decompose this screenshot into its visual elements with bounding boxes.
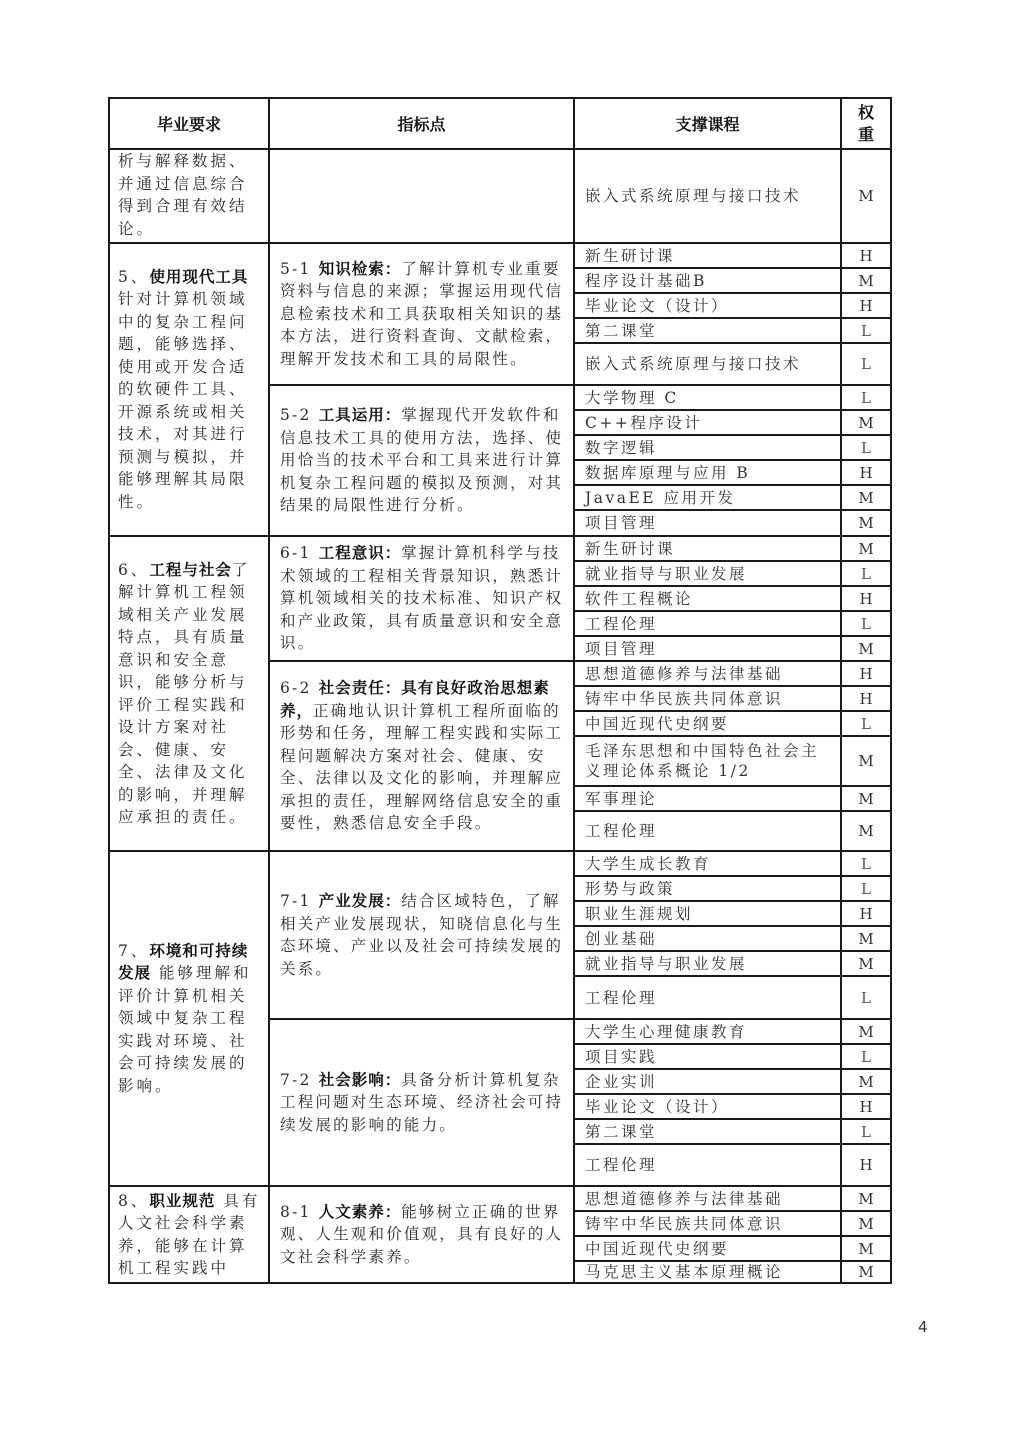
weight-badge: H — [841, 661, 891, 686]
course-name: 中国近现代史纲要 — [574, 1236, 841, 1261]
course-name: 毛泽东思想和中国特色社会主义理论体系概论 1/2 — [574, 736, 841, 786]
course-name: 数字逻辑 — [574, 435, 841, 460]
weight-badge: H — [841, 460, 891, 485]
weight-badge: M — [841, 951, 891, 976]
indicator-title: 人文素养： — [319, 1202, 402, 1221]
course-name: 新生研讨课 — [574, 243, 841, 268]
table-row: 析与解释数据、并通过信息综合得到合理有效结论。 嵌入式系统原理与接口技术M — [109, 149, 891, 243]
document-page: 毕业要求 指标点 支撑课程 权 重 析与解释数据、并通过信息综合得到合理有效结论… — [0, 0, 1024, 1448]
weight-badge: M — [841, 1261, 891, 1283]
weight-badge: L — [841, 611, 891, 636]
course-name: 中国近现代史纲要 — [574, 711, 841, 736]
course-name: 大学生成长教育 — [574, 851, 841, 876]
course-name: 职业生涯规划 — [574, 901, 841, 926]
indicator-code: 5-2 — [280, 406, 312, 424]
course-name: 思想道德修养与法律基础 — [574, 661, 841, 686]
weight-badge: H — [841, 586, 891, 611]
header-course: 支撑课程 — [574, 98, 841, 149]
indicator-cell: 8-1 人文素养：能够树立正确的世界观、人生观和价值观，具有良好的人文社会科学素… — [269, 1186, 574, 1283]
course-name: 程序设计基础B — [574, 268, 841, 293]
weight-badge: M — [841, 268, 891, 293]
requirement-prefix: 5、 — [118, 268, 149, 286]
weight-badge: M — [841, 536, 891, 561]
requirement-body: 析与解释数据、并通过信息综合得到合理有效结论。 — [118, 152, 248, 238]
weight-badge: M — [841, 510, 891, 536]
requirement-title: 工程与社会 — [149, 560, 232, 579]
weight-badge: H — [841, 1094, 891, 1119]
requirement-cell: 8、职业规范 具有人文社会科学素养，能够在计算机工程实践中 — [109, 1186, 269, 1283]
table-header-row: 毕业要求 指标点 支撑课程 权 重 — [109, 98, 891, 149]
requirement-prefix: 7、 — [118, 942, 149, 960]
course-name: 大学生心理健康教育 — [574, 1019, 841, 1044]
indicator-cell: 6-1 工程意识：掌握计算机科学与技术领域的工程相关背景知识，熟悉计算机领域相关… — [269, 536, 574, 661]
course-name: 思想道德修养与法律基础 — [574, 1186, 841, 1211]
weight-badge: L — [841, 1119, 891, 1144]
indicator-title: 产业发展： — [319, 891, 402, 910]
table-body: 析与解释数据、并通过信息综合得到合理有效结论。 嵌入式系统原理与接口技术M5、使… — [109, 149, 891, 1283]
requirement-title: 使用现代工具 — [149, 267, 248, 286]
weight-badge: L — [841, 711, 891, 736]
weight-badge: L — [841, 435, 891, 460]
requirement-body: 针对计算机领域中的复杂工程问题，能够选择、使用或开发合适的软硬件工具、开源系统或… — [118, 290, 248, 511]
course-name: 大学物理 C — [574, 385, 841, 410]
course-name: 新生研讨课 — [574, 536, 841, 561]
requirement-cell: 7、环境和可持续发展 能够理解和评价计算机相关领域中复杂工程实践对环境、社会可持… — [109, 851, 269, 1186]
course-name: 工程伦理 — [574, 1144, 841, 1186]
page-number: 4 — [918, 1318, 928, 1336]
requirement-cell: 6、工程与社会了解计算机工程领域相关产业发展特点，具有质量意识和安全意识，能够分… — [109, 536, 269, 851]
weight-badge: M — [841, 1211, 891, 1236]
course-name: 形势与政策 — [574, 876, 841, 901]
weight-badge: L — [841, 385, 891, 410]
indicator-title: 工具运用： — [319, 405, 402, 424]
requirement-body: 能够理解和评价计算机相关领域中复杂工程实践对环境、社会可持续发展的影响。 — [118, 964, 251, 1095]
weight-badge: M — [841, 149, 891, 243]
weight-badge: M — [841, 1186, 891, 1211]
indicator-cell: 5-1 知识检索：了解计算机专业重要资料与信息的来源；掌握运用现代信息检索技术和… — [269, 243, 574, 385]
indicator-cell: 6-2 社会责任：具有良好政治思想素养，正确地认识计算机工程所面临的形势和任务，… — [269, 661, 574, 851]
course-name: 第二课堂 — [574, 318, 841, 343]
course-name: 毕业论文（设计） — [574, 293, 841, 318]
table-row: 6、工程与社会了解计算机工程领域相关产业发展特点，具有质量意识和安全意识，能够分… — [109, 536, 891, 561]
header-indicator: 指标点 — [269, 98, 574, 149]
indicator-cell — [269, 149, 574, 243]
weight-badge: L — [841, 1044, 891, 1069]
indicator-title: 工程意识： — [319, 543, 402, 562]
course-name: 军事理论 — [574, 786, 841, 811]
header-weight: 权 重 — [841, 98, 891, 149]
indicator-cell: 5-2 工具运用：掌握现代开发软件和信息技术工具的使用方法，选择、使用恰当的技术… — [269, 385, 574, 536]
indicator-code: 8-1 — [280, 1203, 312, 1221]
indicator-cell: 7-2 社会影响：具备分析计算机复杂工程问题对生态环境、经济社会可持续发展的影响… — [269, 1019, 574, 1186]
course-name: JavaEE 应用开发 — [574, 485, 841, 510]
course-name: 就业指导与职业发展 — [574, 951, 841, 976]
course-name: 工程伦理 — [574, 611, 841, 636]
course-name: 马克思主义基本原理概论 — [574, 1261, 841, 1283]
course-name: 铸牢中华民族共同体意识 — [574, 1211, 841, 1236]
weight-badge: M — [841, 736, 891, 786]
course-name: 毕业论文（设计） — [574, 1094, 841, 1119]
course-name: 企业实训 — [574, 1069, 841, 1094]
table-row: 5、使用现代工具针对计算机领域中的复杂工程问题，能够选择、使用或开发合适的软硬件… — [109, 243, 891, 268]
weight-badge: M — [841, 926, 891, 951]
indicator-title: 社会影响： — [319, 1070, 402, 1089]
indicator-title: 知识检索： — [319, 259, 402, 278]
course-name: 软件工程概论 — [574, 586, 841, 611]
course-name: 数据库原理与应用 B — [574, 460, 841, 485]
course-name: 第二课堂 — [574, 1119, 841, 1144]
course-name: 工程伦理 — [574, 811, 841, 851]
weight-badge: H — [841, 243, 891, 268]
header-requirement: 毕业要求 — [109, 98, 269, 149]
weight-badge: M — [841, 485, 891, 510]
weight-badge: H — [841, 686, 891, 711]
weight-badge: L — [841, 851, 891, 876]
course-name: 项目实践 — [574, 1044, 841, 1069]
weight-badge: M — [841, 1069, 891, 1094]
weight-badge: L — [841, 561, 891, 586]
course-name: 创业基础 — [574, 926, 841, 951]
indicator-code: 6-2 — [280, 679, 312, 697]
requirement-cell: 析与解释数据、并通过信息综合得到合理有效结论。 — [109, 149, 269, 243]
weight-badge: L — [841, 318, 891, 343]
weight-badge: H — [841, 1144, 891, 1186]
indicator-code: 6-1 — [280, 544, 312, 562]
indicator-code: 7-2 — [280, 1071, 312, 1089]
course-name: 项目管理 — [574, 510, 841, 536]
weight-badge: M — [841, 1236, 891, 1261]
weight-badge: H — [841, 901, 891, 926]
requirement-prefix: 8、 — [118, 1192, 149, 1210]
table-row: 8、职业规范 具有人文社会科学素养，能够在计算机工程实践中8-1 人文素养：能够… — [109, 1186, 891, 1211]
weight-badge: H — [841, 293, 891, 318]
graduation-requirements-matrix: 毕业要求 指标点 支撑课程 权 重 析与解释数据、并通过信息综合得到合理有效结论… — [108, 97, 892, 1284]
weight-badge: L — [841, 976, 891, 1019]
course-name: 就业指导与职业发展 — [574, 561, 841, 586]
weight-badge: M — [841, 1019, 891, 1044]
requirement-body: 了解计算机工程领域相关产业发展特点，具有质量意识和安全意识，能够分析与评价工程实… — [118, 561, 250, 827]
indicator-body: 正确地认识计算机工程所面临的形势和任务，理解工程实践和实际工程问题解决方案对社会… — [280, 702, 563, 833]
weight-badge: M — [841, 786, 891, 811]
requirement-title: 职业规范 — [149, 1191, 215, 1210]
requirement-prefix: 6、 — [118, 561, 149, 579]
course-name: 嵌入式系统原理与接口技术 — [574, 149, 841, 243]
indicator-cell: 7-1 产业发展：结合区域特色，了解相关产业发展现状，知晓信息化与生态环境、产业… — [269, 851, 574, 1019]
table-row: 7、环境和可持续发展 能够理解和评价计算机相关领域中复杂工程实践对环境、社会可持… — [109, 851, 891, 876]
weight-badge: L — [841, 343, 891, 385]
weight-badge: M — [841, 410, 891, 435]
weight-badge: M — [841, 811, 891, 851]
indicator-code: 5-1 — [280, 260, 312, 278]
requirement-cell: 5、使用现代工具针对计算机领域中的复杂工程问题，能够选择、使用或开发合适的软硬件… — [109, 243, 269, 536]
course-name: 工程伦理 — [574, 976, 841, 1019]
course-name: C++程序设计 — [574, 410, 841, 435]
course-name: 嵌入式系统原理与接口技术 — [574, 343, 841, 385]
indicator-code: 7-1 — [280, 892, 312, 910]
weight-badge: M — [841, 636, 891, 661]
course-name: 铸牢中华民族共同体意识 — [574, 686, 841, 711]
course-name: 项目管理 — [574, 636, 841, 661]
weight-badge: L — [841, 876, 891, 901]
